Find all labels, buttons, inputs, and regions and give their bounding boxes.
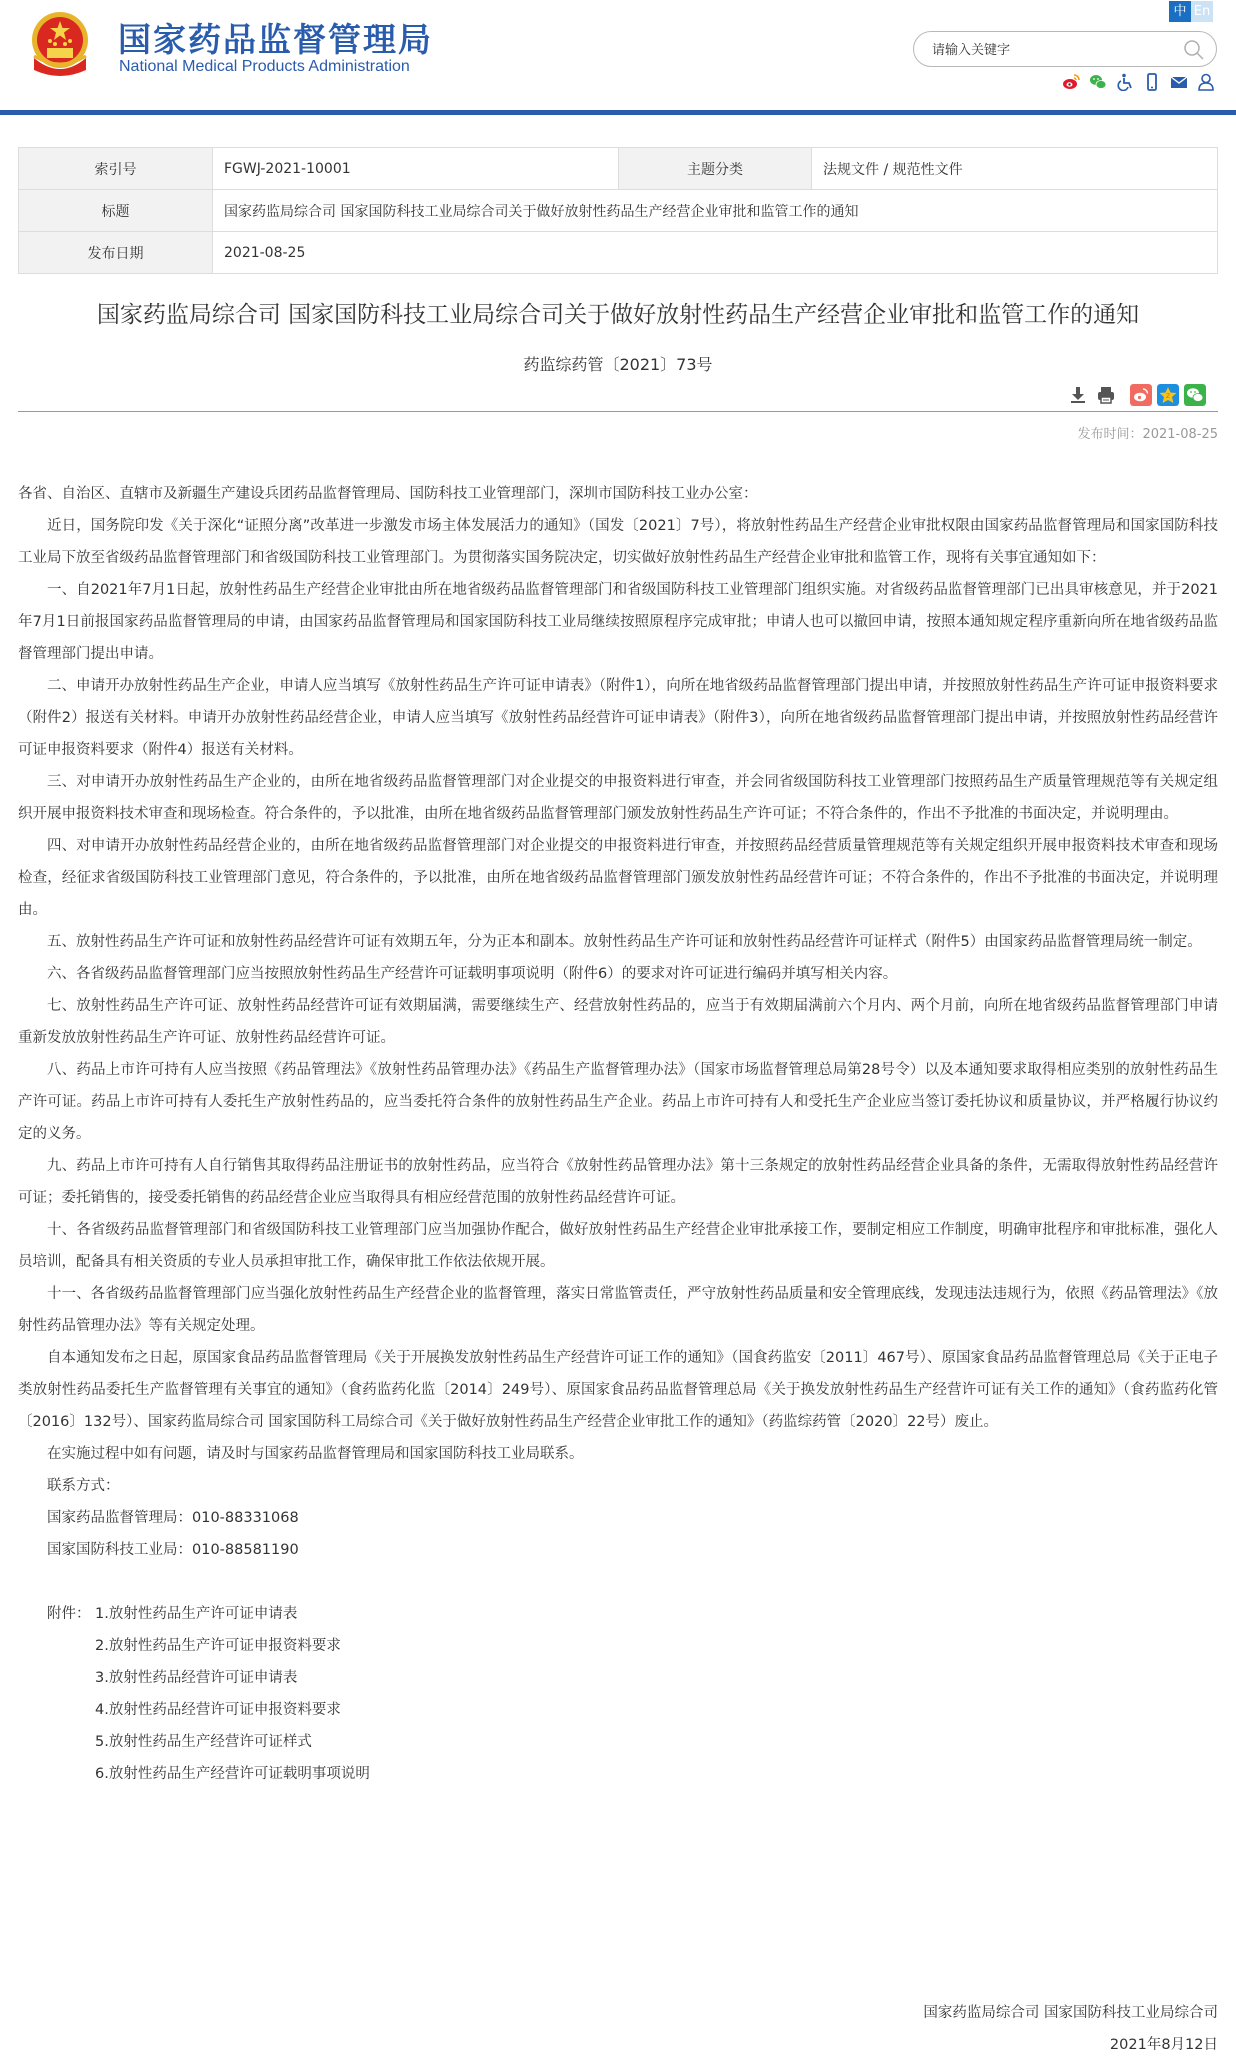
signature-date: 2021年8月12日	[1110, 2029, 1218, 2061]
document-number: 药监综药管〔2021〕73号	[0, 352, 1236, 375]
site-header: 国家药品监督管理局 National Medical Products Admi…	[0, 0, 1236, 111]
paragraph: 三、对申请开办放射性药品生产企业的，由所在地省级药品监督管理部门对企业提交的申报…	[18, 766, 1218, 830]
attachment-link[interactable]: 6.放射性药品生产经营许可证载明事项说明	[95, 1758, 370, 1790]
info-row-title: 标题 国家药监局综合司 国家国防科技工业局综合司关于做好放射性药品生产经营企业审…	[19, 190, 1218, 232]
weibo-icon[interactable]	[1062, 73, 1080, 91]
index-value: FGWJ-2021-10001	[213, 148, 619, 190]
document-tools: Z	[1068, 384, 1211, 406]
attachments-label: 附件：	[47, 1598, 95, 1630]
attachment-item: 5.放射性药品生产经营许可证样式	[47, 1726, 1218, 1758]
paragraph: 在实施过程中如有问题，请及时与国家药品监督管理局和国家国防科技工业局联系。	[18, 1438, 1218, 1470]
paragraph: 十、各省级药品监督管理部门和省级国防科技工业管理部门应当加强协作配合，做好放射性…	[18, 1214, 1218, 1278]
paragraph: 九、药品上市许可持有人自行销售其取得药品注册证书的放射性药品，应当符合《放射性药…	[18, 1150, 1218, 1214]
national-emblem-icon	[30, 10, 90, 78]
info-row-date: 发布日期 2021-08-25	[19, 232, 1218, 274]
document-info-table: 索引号 FGWJ-2021-10001 主题分类 法规文件 / 规范性文件 标题…	[18, 147, 1218, 274]
search-input[interactable]	[932, 40, 1172, 60]
category-label: 主题分类	[619, 148, 812, 190]
attachment-link[interactable]: 5.放射性药品生产经营许可证样式	[95, 1726, 312, 1758]
mail-icon[interactable]	[1170, 73, 1188, 91]
attachment-link[interactable]: 1.放射性药品生产许可证申请表	[95, 1598, 297, 1630]
paragraph: 十一、各省级药品监督管理部门应当强化放射性药品生产经营企业的监督管理，落实日常监…	[18, 1278, 1218, 1342]
signature-org: 国家药监局综合司 国家国防科技工业局综合司	[923, 1997, 1218, 2029]
date-value: 2021-08-25	[213, 232, 1218, 274]
search-icon[interactable]	[1182, 38, 1206, 62]
paragraph: 五、放射性药品生产许可证和放射性药品经营许可证有效期五年，分为正本和副本。放射性…	[18, 926, 1218, 958]
paragraph: 自本通知发布之日起，原国家食品药品监督管理局《关于开展换发放射性药品生产经营许可…	[18, 1342, 1218, 1438]
social-links	[1062, 73, 1215, 91]
download-icon[interactable]	[1068, 385, 1088, 405]
attachment-item: 附件： 1.放射性药品生产许可证申请表	[47, 1598, 1218, 1630]
document-title: 国家药监局综合司 国家国防科技工业局综合司关于做好放射性药品生产经营企业审批和监…	[0, 296, 1236, 329]
paragraph: 一、自2021年7月1日起，放射性药品生产经营企业审批由所在地省级药品监督管理部…	[18, 574, 1218, 670]
attachment-item: 2.放射性药品生产许可证申报资料要求	[47, 1630, 1218, 1662]
info-row-index: 索引号 FGWJ-2021-10001 主题分类 法规文件 / 规范性文件	[19, 148, 1218, 190]
lang-chinese-button[interactable]: 中	[1169, 1, 1191, 22]
header-divider-bar	[0, 110, 1236, 115]
print-icon[interactable]	[1096, 385, 1116, 405]
user-icon[interactable]	[1197, 73, 1215, 91]
language-switch: 中 En	[1169, 1, 1213, 22]
document-body: 各省、自治区、直辖市及新疆生产建设兵团药品监督管理局、国防科技工业管理部门，深圳…	[18, 478, 1218, 1790]
attachment-item: 6.放射性药品生产经营许可证载明事项说明	[47, 1758, 1218, 1790]
svg-text:Z: Z	[1166, 393, 1170, 400]
paragraph: 四、对申请开办放射性药品经营企业的，由所在地省级药品监督管理部门对企业提交的申报…	[18, 830, 1218, 926]
title-value: 国家药监局综合司 国家国防科技工业局综合司关于做好放射性药品生产经营企业审批和监…	[213, 190, 1218, 232]
category-value: 法规文件 / 规范性文件	[812, 148, 1218, 190]
share-wechat-icon[interactable]	[1184, 384, 1206, 406]
share-qzone-icon[interactable]: Z	[1157, 384, 1179, 406]
salutation: 各省、自治区、直辖市及新疆生产建设兵团药品监督管理局、国防科技工业管理部门，深圳…	[18, 478, 1218, 510]
contact-nmpa: 国家药品监督管理局：010-88331068	[18, 1502, 1218, 1534]
title-label: 标题	[19, 190, 213, 232]
share-weibo-icon[interactable]	[1130, 384, 1152, 406]
contact-sastind: 国家国防科技工业局：010-88581190	[18, 1534, 1218, 1566]
attachment-item: 4.放射性药品经营许可证申报资料要求	[47, 1694, 1218, 1726]
date-label: 发布日期	[19, 232, 213, 274]
site-name-cn[interactable]: 国家药品监督管理局	[118, 14, 433, 61]
paragraph: 七、放射性药品生产许可证、放射性药品经营许可证有效期届满，需要继续生产、经营放射…	[18, 990, 1218, 1054]
paragraph: 二、申请开办放射性药品生产企业，申请人应当填写《放射性药品生产许可证申请表》（附…	[18, 670, 1218, 766]
attachment-link[interactable]: 4.放射性药品经营许可证申报资料要求	[95, 1694, 341, 1726]
lang-english-button[interactable]: En	[1191, 1, 1213, 22]
paragraph: 近日，国务院印发《关于深化“证照分离”改革进一步激发市场主体发展活力的通知》（国…	[18, 510, 1218, 574]
site-name-en[interactable]: National Medical Products Administration	[119, 58, 410, 76]
publish-time: 发布时间：2021-08-25	[1077, 423, 1218, 442]
attachment-item: 3.放射性药品经营许可证申请表	[47, 1662, 1218, 1694]
spacer	[18, 1566, 1218, 1598]
paragraph: 六、各省级药品监督管理部门应当按照放射性药品生产经营许可证载明事项说明（附件6）…	[18, 958, 1218, 990]
attachment-link[interactable]: 2.放射性药品生产许可证申报资料要求	[95, 1630, 341, 1662]
attachment-link[interactable]: 3.放射性药品经营许可证申请表	[95, 1662, 297, 1694]
search-box	[913, 31, 1217, 67]
contact-heading: 联系方式：	[18, 1470, 1218, 1502]
paragraph: 八、药品上市许可持有人应当按照《药品管理法》《放射性药品管理办法》《药品生产监督…	[18, 1054, 1218, 1150]
title-divider	[18, 411, 1218, 412]
wechat-icon[interactable]	[1089, 73, 1107, 91]
mobile-icon[interactable]	[1143, 73, 1161, 91]
accessibility-icon[interactable]	[1116, 73, 1134, 91]
attachments-list: 附件： 1.放射性药品生产许可证申请表 2.放射性药品生产许可证申报资料要求 3…	[18, 1598, 1218, 1790]
index-label: 索引号	[19, 148, 213, 190]
